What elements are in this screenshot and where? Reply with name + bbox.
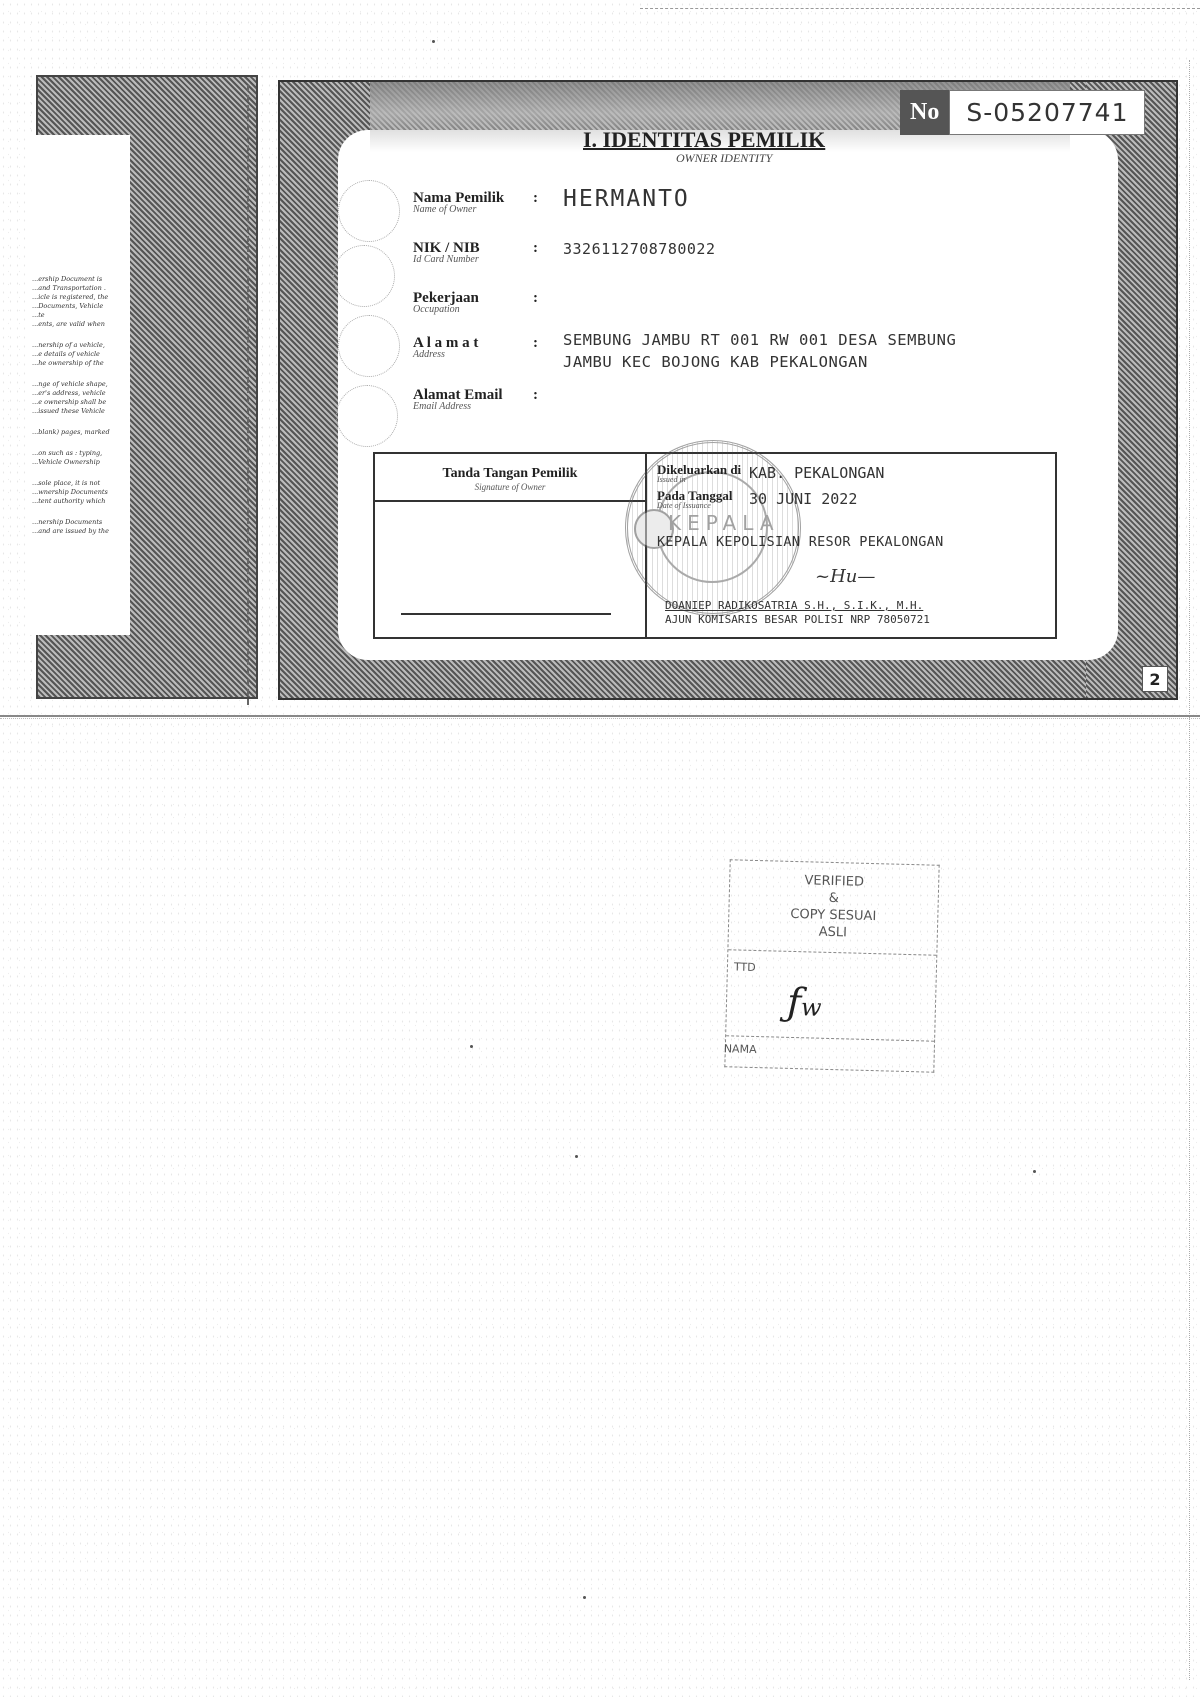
left-fragment: ...on such as : typing, ...Vehicle Owner… xyxy=(32,449,132,467)
verifier-signature: ƒw xyxy=(786,980,822,1025)
document-number: No S-05207741 xyxy=(900,90,1145,135)
colon: : xyxy=(533,335,563,373)
field-label-en: Name of Owner xyxy=(413,204,533,215)
field-nik: NIK / NIBId Card Number : 33261127087800… xyxy=(413,240,716,265)
issued-at-value: KAB. PEKALONGAN xyxy=(749,462,884,482)
decorative-ring xyxy=(333,245,395,307)
section-title: I. IDENTITAS PEMILIK OWNER IDENTITY xyxy=(583,127,825,166)
section-title-text: I. IDENTITAS PEMILIK xyxy=(583,127,825,152)
ttd-label: TTD xyxy=(734,960,756,974)
name-line xyxy=(726,1035,934,1041)
left-fragment: ...nership Documents ...and are issued b… xyxy=(32,518,132,536)
colon: : xyxy=(533,290,563,315)
scan-speck xyxy=(1033,1170,1036,1173)
field-label-en: Id Card Number xyxy=(413,254,533,265)
official-block: DOANIEP RADIKOSATRIA S.H., S.I.K., M.H. … xyxy=(665,599,1045,627)
colon: : xyxy=(533,387,563,412)
field-value: HERMANTO xyxy=(563,186,690,215)
page-gutter xyxy=(247,85,253,705)
colon: : xyxy=(533,240,563,265)
field-email: Alamat EmailEmail Address : xyxy=(413,387,563,412)
issue-date-label-en: Date of Issuance xyxy=(657,501,749,510)
document-number-label: No xyxy=(900,90,949,135)
left-fragment: ...nge of vehicle shape, ...er's address… xyxy=(32,380,132,416)
verification-stamp: VERIFIED & COPY SESUAI ASLI TTD ƒw NAMA xyxy=(724,859,939,1072)
signature-table: Tanda Tangan Pemilik Signature of Owner … xyxy=(373,452,1057,639)
field-owner-name: Nama PemilikName of Owner : HERMANTO xyxy=(413,190,690,215)
owner-identity-certificate: No S-05207741 I. IDENTITAS PEMILIK OWNER… xyxy=(278,80,1178,700)
field-value: 3326112708780022 xyxy=(563,240,716,265)
owner-signature-header: Tanda Tangan Pemilik Signature of Owner xyxy=(375,454,645,502)
official-rank: AJUN KOMISARIS BESAR POLISI NRP 78050721 xyxy=(665,613,1045,627)
stamp-text: KEPALA xyxy=(668,511,780,535)
owner-signature-label: Tanda Tangan Pemilik xyxy=(375,466,645,482)
decorative-ring xyxy=(338,315,400,377)
page-number: 2 xyxy=(1142,666,1168,692)
address-line-2: JAMBU KEC BOJONG KAB PEKALONGAN xyxy=(563,351,956,373)
field-address: A l a m a tAddress : SEMBUNG JAMBU RT 00… xyxy=(413,335,956,373)
official-signature: ~Hu— xyxy=(815,566,925,596)
section-subtitle: OWNER IDENTITY xyxy=(623,151,825,166)
left-fragment: ...ership Document is ...and Transportat… xyxy=(32,275,132,329)
scan-speck xyxy=(575,1155,578,1158)
decorative-ring xyxy=(338,180,400,242)
left-page-text: ...ership Document is ...and Transportat… xyxy=(32,275,132,548)
nama-label: NAMA xyxy=(724,1042,757,1056)
owner-signature-label-en: Signature of Owner xyxy=(375,482,645,492)
scan-speck xyxy=(470,1045,473,1048)
field-value: SEMBUNG JAMBU RT 001 RW 001 DESA SEMBUNG… xyxy=(563,329,956,373)
colon: : xyxy=(533,190,563,215)
scan-speck xyxy=(583,1596,586,1599)
decorative-ring xyxy=(336,385,398,447)
field-occupation: PekerjaanOccupation : xyxy=(413,290,563,315)
left-fragment: ...blank) pages, marked xyxy=(32,428,132,437)
scan-edge-line xyxy=(640,8,1200,9)
issuer-title: KEPALA KEPOLISIAN RESOR PEKALONGAN xyxy=(657,534,1047,550)
left-page-fragment: ...ership Document is ...and Transportat… xyxy=(30,75,260,695)
address-line-1: SEMBUNG JAMBU RT 001 RW 001 DESA SEMBUNG xyxy=(563,329,956,351)
document-number-value: S-05207741 xyxy=(949,90,1145,135)
scan-fold-line xyxy=(0,715,1200,717)
issuance-details: Dikeluarkan diIssued in KAB. PEKALONGAN … xyxy=(657,462,1047,514)
issue-date-value: 30 JUNI 2022 xyxy=(749,488,857,508)
scan-edge-line xyxy=(1189,60,1190,1680)
left-fragment: ...sole place, it is not ...wnership Doc… xyxy=(32,479,132,506)
scan-fold-line xyxy=(0,718,1200,719)
owner-signature-column: Tanda Tangan Pemilik Signature of Owner xyxy=(375,454,647,637)
owner-signature-line xyxy=(401,613,611,615)
left-fragment: ...nership of a vehicle, ...e details of… xyxy=(32,341,132,368)
scan-speck xyxy=(432,40,435,43)
official-name: DOANIEP RADIKOSATRIA S.H., S.I.K., M.H. xyxy=(665,599,1045,613)
